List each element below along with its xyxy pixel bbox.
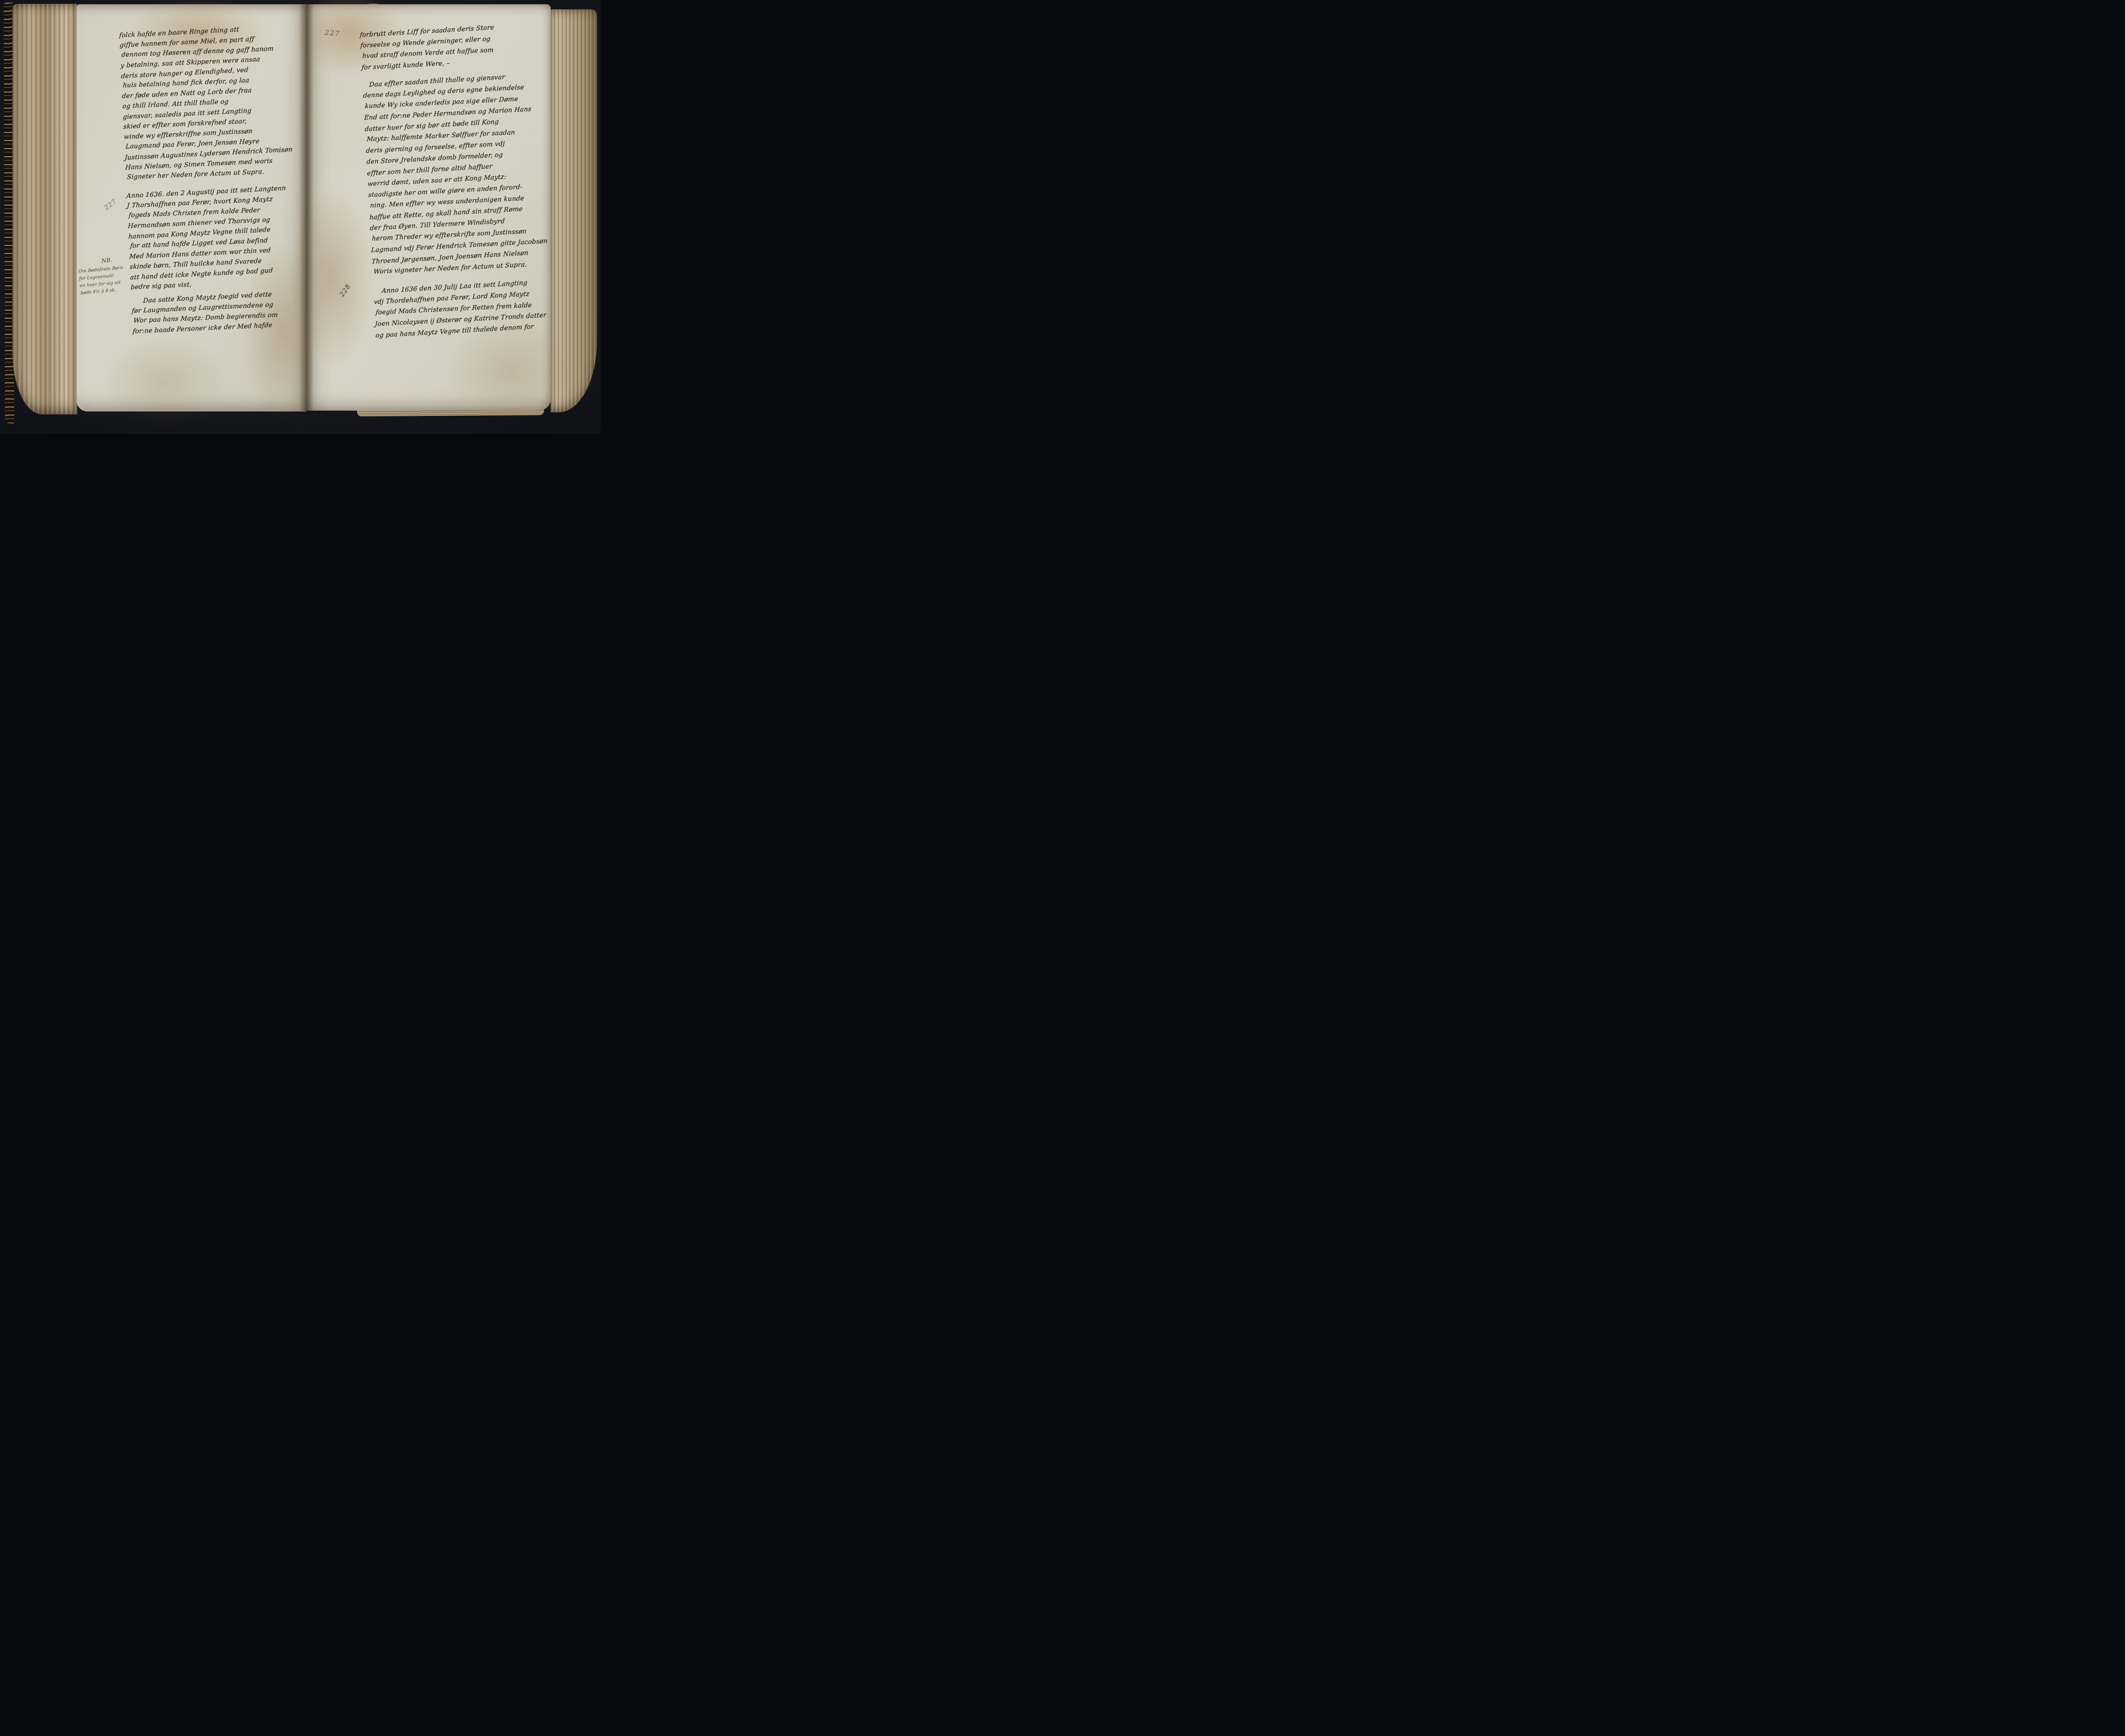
margin-note-lines: Om Bødefinde Børnfor Legresmahlen huer f… (78, 263, 136, 297)
right-page: 227 228 forbrutt deris Liff for saadan d… (306, 4, 551, 411)
right-page-text: forbrutt deris Liff for saadan deris Sto… (360, 19, 568, 348)
book-gutter-fold (299, 4, 314, 411)
paper-stain (102, 336, 229, 429)
margin-note-heading: NB. (101, 255, 133, 264)
left-margin-case-number: 227 (103, 197, 118, 212)
paragraph: Anno 1636 den 30 Julij Laa itt sett Lang… (373, 275, 568, 340)
paragraph: forbrutt deris Liff for saadan deris Sto… (360, 19, 554, 73)
page-number: 227 (324, 28, 340, 37)
margin-note: NB. Om Bødefinde Børnfor Legresmahlen hu… (77, 255, 136, 297)
paragraph: folck hafde en baare Ringe thing attgiff… (119, 21, 318, 182)
left-page: 227 NB. Om Bødefinde Børnfor Legresmahle… (76, 4, 306, 411)
left-page-edge-stack (12, 4, 77, 414)
paragraph: Daa effter saadan thill thalle og giensv… (362, 69, 564, 278)
photo-stage: 227 NB. Om Bødefinde Børnfor Legresmahle… (0, 0, 601, 434)
